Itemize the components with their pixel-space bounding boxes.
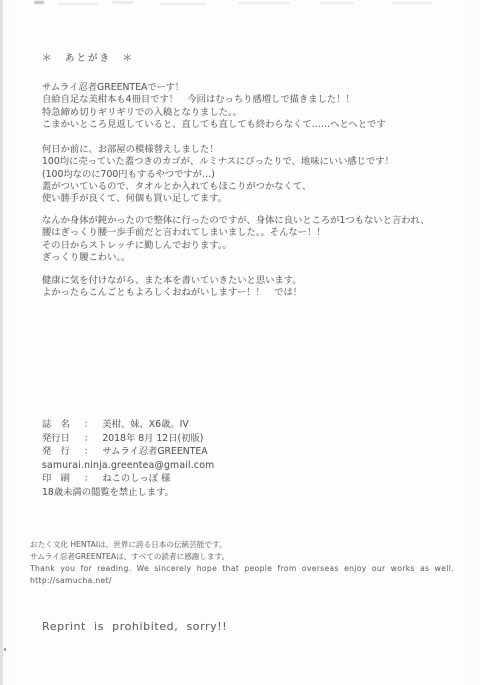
scan-edge-shadow [0, 0, 3, 685]
footer-line-thanks-en: Thank you for reading. We sincerely hope… [30, 563, 454, 575]
footer-credits: おたく文化 HENTAIは、世界に誇る日本の伝統芸能です。 サムライ忍者GREE… [30, 539, 454, 587]
footer-line-thanks-jp: サムライ忍者GREENTEAは、すべての読者に感謝します。 [30, 551, 454, 563]
text-line: その日からストレッチに勤しんでおります。。 [42, 240, 464, 252]
text-line: なんか身体が鈍かったので整体に行ったのですが、身体に良いところが1つもないと言わ… [42, 215, 464, 227]
text-line: (100均なのに700円もするやつですが…) [42, 169, 464, 181]
scan-smudge [160, 3, 206, 5]
colophon-separator: ： [84, 418, 93, 432]
colophon-label: 誌 名 [42, 418, 76, 432]
colophon: 誌 名 ： 美柑、妹、X6歳。IV 発行日 ： 2018年 8月 12日(初版)… [42, 418, 214, 500]
colophon-separator: ： [84, 445, 93, 459]
publisher-name: サムライ忍者GREENTEA [102, 445, 207, 459]
text-line: 何日か前に、お部屋の模様替えしました！ [42, 144, 464, 156]
text-line: 自給自足な美柑本も4冊目です！ 今回はむっちり感増しで描きました！！ [42, 94, 464, 106]
printer-name: ねこのしっぽ 様 [102, 472, 170, 486]
text-line: ぎっくり腰こわい。。 [42, 252, 464, 264]
colophon-separator: ： [84, 472, 93, 486]
text-line: 特急締め切りギリギリでの入稿となりました。。 [42, 107, 464, 119]
text-line: サムライ忍者GREENTEAでーす！ [42, 82, 464, 94]
text-line: 健康に気を付けながら、また本を書いていきたいと思います。 [42, 275, 464, 287]
colophon-label: 印 刷 [42, 472, 76, 486]
colophon-row-printer: 印 刷 ： ねこのしっぽ 様 [42, 472, 214, 486]
age-restriction-notice: 18歳未満の閲覧を禁止します。 [42, 486, 214, 500]
scan-smudge [238, 2, 290, 4]
paragraph-greeting: サムライ忍者GREENTEAでーす！ 自給自足な美柑本も4冊目です！ 今回はむっ… [42, 82, 464, 131]
paragraph-room: 何日か前に、お部屋の模様替えしました！ 100均に売っていた蓋つきのカゴが、ルミ… [42, 144, 464, 205]
scan-speck [4, 648, 6, 651]
text-line: 蓋がついているので、タオルとか入れてもほこりがつかなくて、 [42, 181, 464, 193]
colophon-label: 発行日 [42, 432, 76, 446]
paragraph-closing: 健康に気を付けながら、また本を書いていきたいと思います。 よかったらこんごともよ… [42, 275, 464, 300]
colophon-separator: ： [84, 432, 93, 446]
colophon-row-publisher: 発 行 ： サムライ忍者GREENTEA [42, 445, 214, 459]
afterword-page: ＊ あとがき ＊ サムライ忍者GREENTEAでーす！ 自給自足な美柑本も4冊目… [0, 0, 480, 685]
website-url: http://samucha.net/ [30, 575, 454, 587]
text-line: 腰はぎっくり腰一歩手前だと言われてしまいました。。そんなー！！ [42, 227, 464, 239]
publication-date: 2018年 8月 12日(初版) [102, 432, 203, 446]
scan-smudge [112, 1, 134, 4]
text-line: 100均に売っていた蓋つきのカゴが、ルミナスにぴったりで、地味にいい感じです！ [42, 156, 464, 168]
scan-smudge [392, 2, 432, 4]
text-line: 使い勝手が良くて、何個も買い足してます。 [42, 193, 464, 205]
page-title: ＊ あとがき ＊ [42, 50, 134, 64]
scan-smudge [34, 1, 44, 4]
text-line: よかったらこんごともよろしくおねがいしますー！！ では！ [42, 287, 464, 299]
footer-line-otaku: おたく文化 HENTAIは、世界に誇る日本の伝統芸能です。 [30, 539, 454, 551]
colophon-label: 発 行 [42, 445, 76, 459]
scan-smudge [58, 3, 98, 5]
scan-smudge [320, 2, 354, 4]
colophon-row-date: 発行日 ： 2018年 8月 12日(初版) [42, 432, 214, 446]
text-line: こまかいところ見返していると、直しても直しても終わらなくて……へとへとです [42, 119, 464, 131]
paragraph-health: なんか身体が鈍かったので整体に行ったのですが、身体に良いところが1つもないと言わ… [42, 215, 464, 264]
book-title: 美柑、妹、X6歳。IV [102, 418, 188, 432]
reprint-notice: Reprint is prohibited, sorry!! [42, 620, 227, 633]
colophon-row-title: 誌 名 ： 美柑、妹、X6歳。IV [42, 418, 214, 432]
contact-email: samurai.ninja.greentea@gmail.com [42, 459, 214, 473]
